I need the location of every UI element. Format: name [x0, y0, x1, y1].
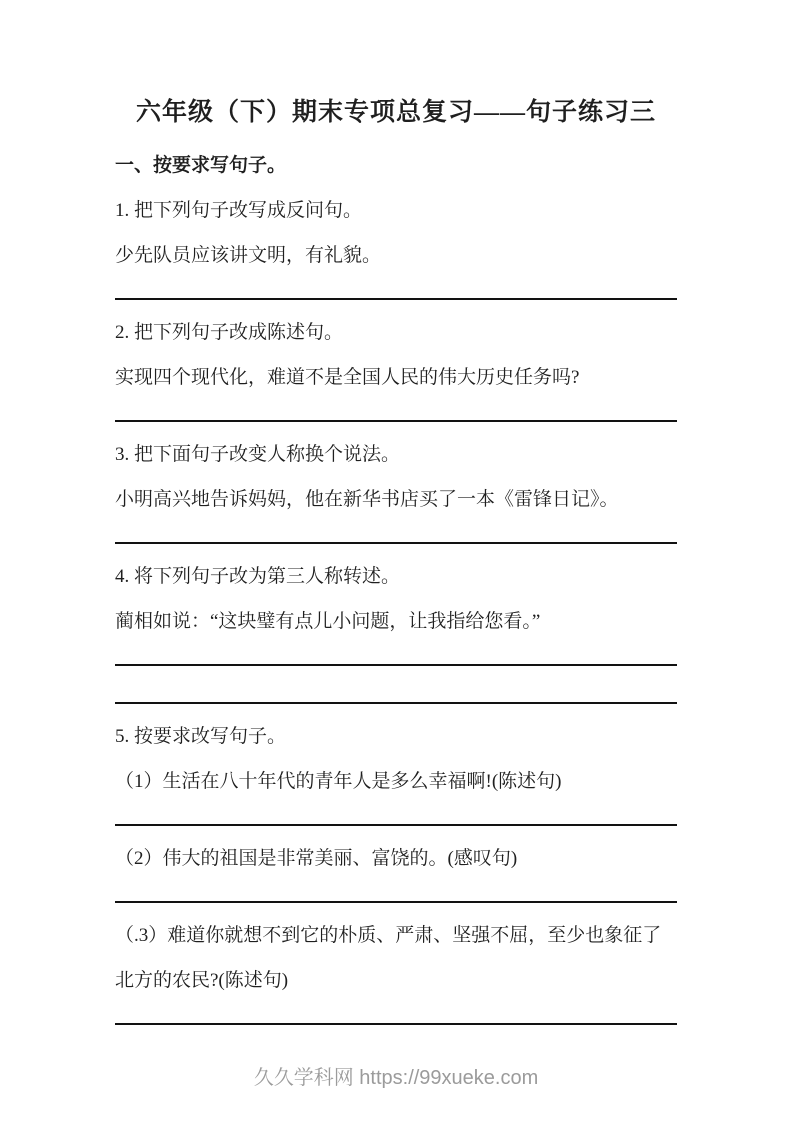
exercise-sentence: （.3）难道你就想不到它的朴质、严肃、坚强不屈，至少也象征了北方的农民?(陈述句…	[115, 913, 677, 1003]
exercise-sentence: 小明高兴地告诉妈妈，他在新华书店买了一本《雷锋日记》。	[115, 477, 677, 522]
answer-line	[115, 702, 677, 704]
page-title: 六年级（下）期末专项总复习——句子练习三	[115, 93, 677, 133]
exercise-sentence: 少先队员应该讲文明，有礼貌。	[115, 233, 677, 278]
exercise-prompt: 2. 把下列句子改成陈述句。	[115, 310, 677, 355]
answer-line	[115, 420, 677, 422]
exercise-sentence: 实现四个现代化，难道不是全国人民的伟大历史任务吗?	[115, 355, 677, 400]
answer-line	[115, 664, 677, 666]
watermark-footer: 久久学科网 https://99xueke.com	[115, 1061, 677, 1090]
exercise-prompt: 4. 将下列句子改为第三人称转述。	[115, 554, 677, 599]
answer-line	[115, 824, 677, 826]
answer-line	[115, 542, 677, 544]
exercise-prompt: 5. 按要求改写句子。	[115, 714, 677, 759]
worksheet-page: 六年级（下）期末专项总复习——句子练习三 一、按要求写句子。 1. 把下列句子改…	[0, 0, 793, 1122]
exercise-sentence: 蔺相如说：“这块璧有点儿小问题，让我指给您看。”	[115, 599, 677, 644]
exercise-list: 1. 把下列句子改写成反问句。少先队员应该讲文明，有礼貌。2. 把下列句子改成陈…	[115, 188, 677, 1025]
exercise-sentence: （2）伟大的祖国是非常美丽、富饶的。(感叹句)	[115, 836, 677, 881]
exercise-prompt: 1. 把下列句子改写成反问句。	[115, 188, 677, 233]
section-heading: 一、按要求写句子。	[115, 143, 677, 188]
answer-line	[115, 1023, 677, 1025]
answer-line	[115, 298, 677, 300]
answer-line	[115, 901, 677, 903]
exercise-prompt: 3. 把下面句子改变人称换个说法。	[115, 432, 677, 477]
exercise-sentence: （1）生活在八十年代的青年人是多么幸福啊!(陈述句)	[115, 759, 677, 804]
worksheet-content: 六年级（下）期末专项总复习——句子练习三 一、按要求写句子。 1. 把下列句子改…	[115, 93, 677, 1090]
